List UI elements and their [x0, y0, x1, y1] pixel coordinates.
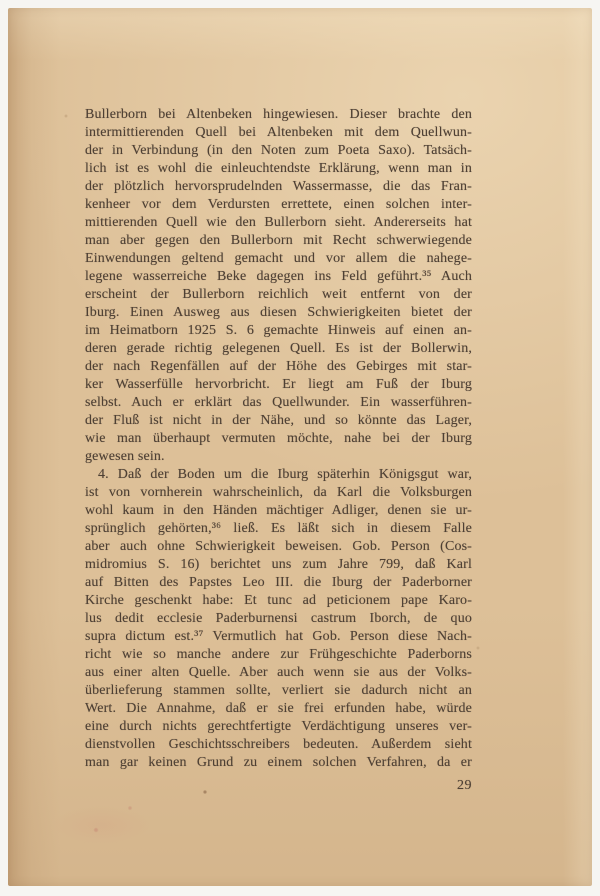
book-page: Bullerborn bei Altenbeken hingewiesen. D… — [8, 8, 592, 886]
text-line: intermittierenden Quell bei Altenbeken m… — [85, 124, 472, 142]
text-line: wie man überhaupt vermuten möchte, nahe … — [85, 430, 472, 448]
text-line: Wert. Die Annahme, daß er sie frei erfun… — [85, 700, 472, 718]
text-line: lich ist es wohl die einleuchtendste Erk… — [85, 160, 472, 178]
text-line: ker Wasserfülle hervorbricht. Er liegt a… — [85, 376, 472, 394]
text-line: Kirche geschenkt habe: Et tunc ad petici… — [85, 592, 472, 610]
text-line: selbst. Auch er erklärt das Quellwunder.… — [85, 394, 472, 412]
text-line: sprünglich gehörten,³⁶ ließ. Es läßt sic… — [85, 520, 472, 538]
text-line: gewesen sein. — [85, 448, 472, 466]
text-line: man aber gegen den Bullerborn mit Recht … — [85, 232, 472, 250]
text-line: aus einer alten Quelle. Aber auch wenn s… — [85, 664, 472, 682]
text-line: der in Verbindung (in den Noten zum Poet… — [85, 142, 472, 160]
paragraph: Bullerborn bei Altenbeken hingewiesen. D… — [85, 106, 472, 466]
text-line: Bullerborn bei Altenbeken hingewiesen. D… — [85, 106, 472, 124]
text-line: aber auch ohne Schwierigkeit beweisen. G… — [85, 538, 472, 556]
text-line: mittierenden Quell wie den Bullerborn si… — [85, 214, 472, 232]
text-line: midromius S. 16) berichtet uns zum Jahre… — [85, 556, 472, 574]
text-line: der nach Regenfällen auf der Höhe des Ge… — [85, 358, 472, 376]
text-block: Bullerborn bei Altenbeken hingewiesen. D… — [85, 106, 472, 795]
text-line: im Heimatborn 1925 S. 6 gemachte Hinweis… — [85, 322, 472, 340]
text-line: ist von vornherein wahrscheinlich, da Ka… — [85, 484, 472, 502]
text-line: wohl kaum in den Händen mächtiger Adlige… — [85, 502, 472, 520]
page-number-row: 29 — [85, 777, 472, 795]
text-line: auf Bitten des Papstes Leo III. die Ibur… — [85, 574, 472, 592]
text-line: Einwendungen geltend gemacht und vor all… — [85, 250, 472, 268]
text-line: 4. Daß der Boden um die Iburg späterhin … — [85, 466, 472, 484]
text-line: der plötzlich hervorsprudelnden Wasserma… — [85, 178, 472, 196]
scan-mat: Bullerborn bei Altenbeken hingewiesen. D… — [0, 0, 600, 896]
text-line: eine durch nichts gerechtfertigte Verdäc… — [85, 718, 472, 736]
text-line: erscheint der Bullerborn reichlich weit … — [85, 286, 472, 304]
text-line: dienstvollen Geschichtsschreibers bedeut… — [85, 736, 472, 754]
paragraph: 4. Daß der Boden um die Iburg späterhin … — [85, 466, 472, 772]
text-line: legene wasserreiche Beke dagegen ins Fel… — [85, 268, 472, 286]
text-line: man gar keinen Grund zu einem solchen Ve… — [85, 754, 472, 772]
text-line: supra dictum est.³⁷ Vermutlich hat Gob. … — [85, 628, 472, 646]
text-line: Iburg. Einen Ausweg aus diesen Schwierig… — [85, 304, 472, 322]
text-line: deren gerade richtig gelegenen Quell. Es… — [85, 340, 472, 358]
page-number: 29 — [457, 778, 472, 793]
text-line: überlieferung stammen sollte, verliert s… — [85, 682, 472, 700]
text-line: richt wie so manche andere zur Frühgesch… — [85, 646, 472, 664]
text-line: der Fluß ist nicht in der Nähe, und so k… — [85, 412, 472, 430]
text-line: lus dedit ecclesie Paderburnensi castrum… — [85, 610, 472, 628]
text-line: kenheer vor dem Verdursten errettete, ei… — [85, 196, 472, 214]
